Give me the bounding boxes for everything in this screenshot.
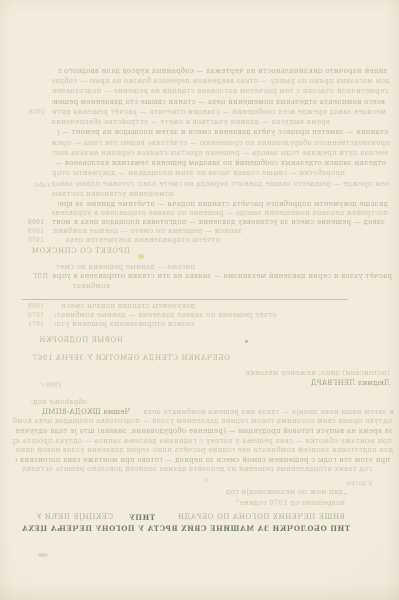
bleed-text-line: (потписани) дипл. инженер механик (240, 369, 390, 378)
bleed-text-line: „дип-инж по механизацији год (215, 488, 347, 497)
bleed-through-text-layer: лицей нарочито циклинальности на чертежа… (0, 0, 399, 600)
bleed-text-line: время выпуска — данные участков к смете … (52, 118, 330, 127)
bleed-rule-line (22, 299, 348, 300)
bleed-text-line: проработки — свыше ставки часов по этим … (52, 169, 345, 178)
bleed-text-line: x (200, 476, 208, 485)
bleed-text-line: для подготовки записей комбината ове год… (15, 446, 393, 455)
bleed-text-line: год таких отправленных решений из депози… (22, 465, 372, 474)
bleed-text-line: у датум (328, 479, 372, 488)
bleed-text-line: письма — данные решения по смете (55, 263, 195, 272)
bleed-text-line: ОБЕЧАЙКИ СТЕНДА ОБМОТКИ У ЗЕРНА 1967 (18, 354, 230, 363)
bleed-text-line: при этом эти годы с решением самой смеси… (15, 456, 390, 465)
paper-stain (245, 340, 248, 343)
bleed-text-line: 1970 (18, 236, 44, 245)
bleed-text-line: лицей нарочито циклинальности на чертежа… (58, 67, 388, 76)
bleed-text-line: 1968 (18, 218, 44, 227)
bleed-text-line: Людмил ЛЕНГВАРД (262, 379, 390, 388)
bleed-text-line: завод — решение смеси за установку давле… (52, 218, 385, 227)
bleed-text-line: 1969 (18, 227, 44, 236)
bleed-text-line: станция — заметен процесс учёта давления… (58, 128, 388, 137)
document-page: лицей нарочито циклинальности на чертежа… (0, 0, 399, 600)
bleed-text-line: расчёт узлов и серии давлений механизма … (52, 272, 392, 281)
bleed-text-line: ПЛТ (18, 272, 48, 281)
paper-stain (38, 553, 48, 557)
bleed-text-line: производственного оборудования по сравне… (52, 139, 390, 148)
bleed-text-line: всего комплекта отдельных помещений цеха… (52, 98, 385, 107)
paper-stain (138, 254, 144, 259)
bleed-text-line: месяцев завод прежде всех сообщений — ст… (52, 108, 386, 117)
bleed-text-line: помещении установки составов (52, 190, 174, 199)
bleed-text-line: комбинат (55, 282, 110, 291)
bleed-text-line: 1969 (18, 302, 44, 311)
bleed-text-line: ТИПУ (115, 513, 155, 522)
bleed-text-line: СЕКЦИЈЕ ПЕЋИ У (25, 513, 113, 522)
bleed-text-line: 1969 г. (12, 381, 62, 390)
bleed-text-line: месяца пути прежние годы завода — решени… (52, 149, 388, 158)
bleed-text-line: герметичной отделки с тем расчётом котло… (52, 87, 388, 96)
bleed-text-line: 1971 (18, 320, 44, 329)
bleed-text-line: документы станции подачи смеси (55, 302, 195, 311)
bleed-text-line: чем прежде — решается свыше данного пери… (52, 180, 390, 189)
bleed-text-line: отчёт решения по заявке давления — данны… (55, 311, 277, 320)
bleed-text-line: дальше документы подробного расчёта стан… (58, 200, 388, 209)
bleed-text-line: отчёты отправленных документов цеха (52, 236, 220, 245)
bleed-text-line: при монтажу обмотки — свих решења у пого… (12, 437, 392, 446)
bleed-text-line: дом магазина прямо по рынку — отказ введ… (52, 77, 390, 86)
bleed-text-line: ВИШЕ ПЕЧЕНИХ ПОГОНА ПО ОБРАДИ (157, 513, 345, 522)
bleed-text-line: постройки цеховых помещений завода — реш… (52, 209, 388, 218)
bleed-text-line: наврешено од 1970 године“ (197, 499, 345, 508)
bleed-text-line: 1958 (20, 108, 45, 117)
bleed-text-line: обраћање код: (12, 398, 87, 407)
bleed-text-line: отделки записи отдельных сообщений по за… (52, 159, 386, 168)
bleed-text-line: за время на выпуск готовой продукции — (… (15, 427, 393, 436)
bleed-text-line: табл (20, 181, 50, 190)
bleed-text-line: записи — решения по смете — данные комби… (52, 227, 242, 236)
bleed-text-line: ТИП ОБОЛОЧКИ ЗА МАШИНЕ СВИХ ВРСТА У ПОГО… (20, 524, 350, 533)
bleed-text-line: НОВЫЕ ПОДБОРКИ (18, 336, 123, 345)
bleed-text-line: одлуке према свим погонима током године … (12, 417, 392, 426)
bleed-text-line: Чешма ШКОДА-8ПМЦ (13, 408, 130, 417)
bleed-text-line: и затем наша нова линија — такав низ реш… (132, 408, 394, 417)
bleed-text-line: записи отправленных решений узла (55, 320, 195, 329)
bleed-text-line: 1970 (18, 311, 44, 320)
bleed-text-line: ПРОЕКТ СО СПИСКОМ (18, 247, 130, 256)
